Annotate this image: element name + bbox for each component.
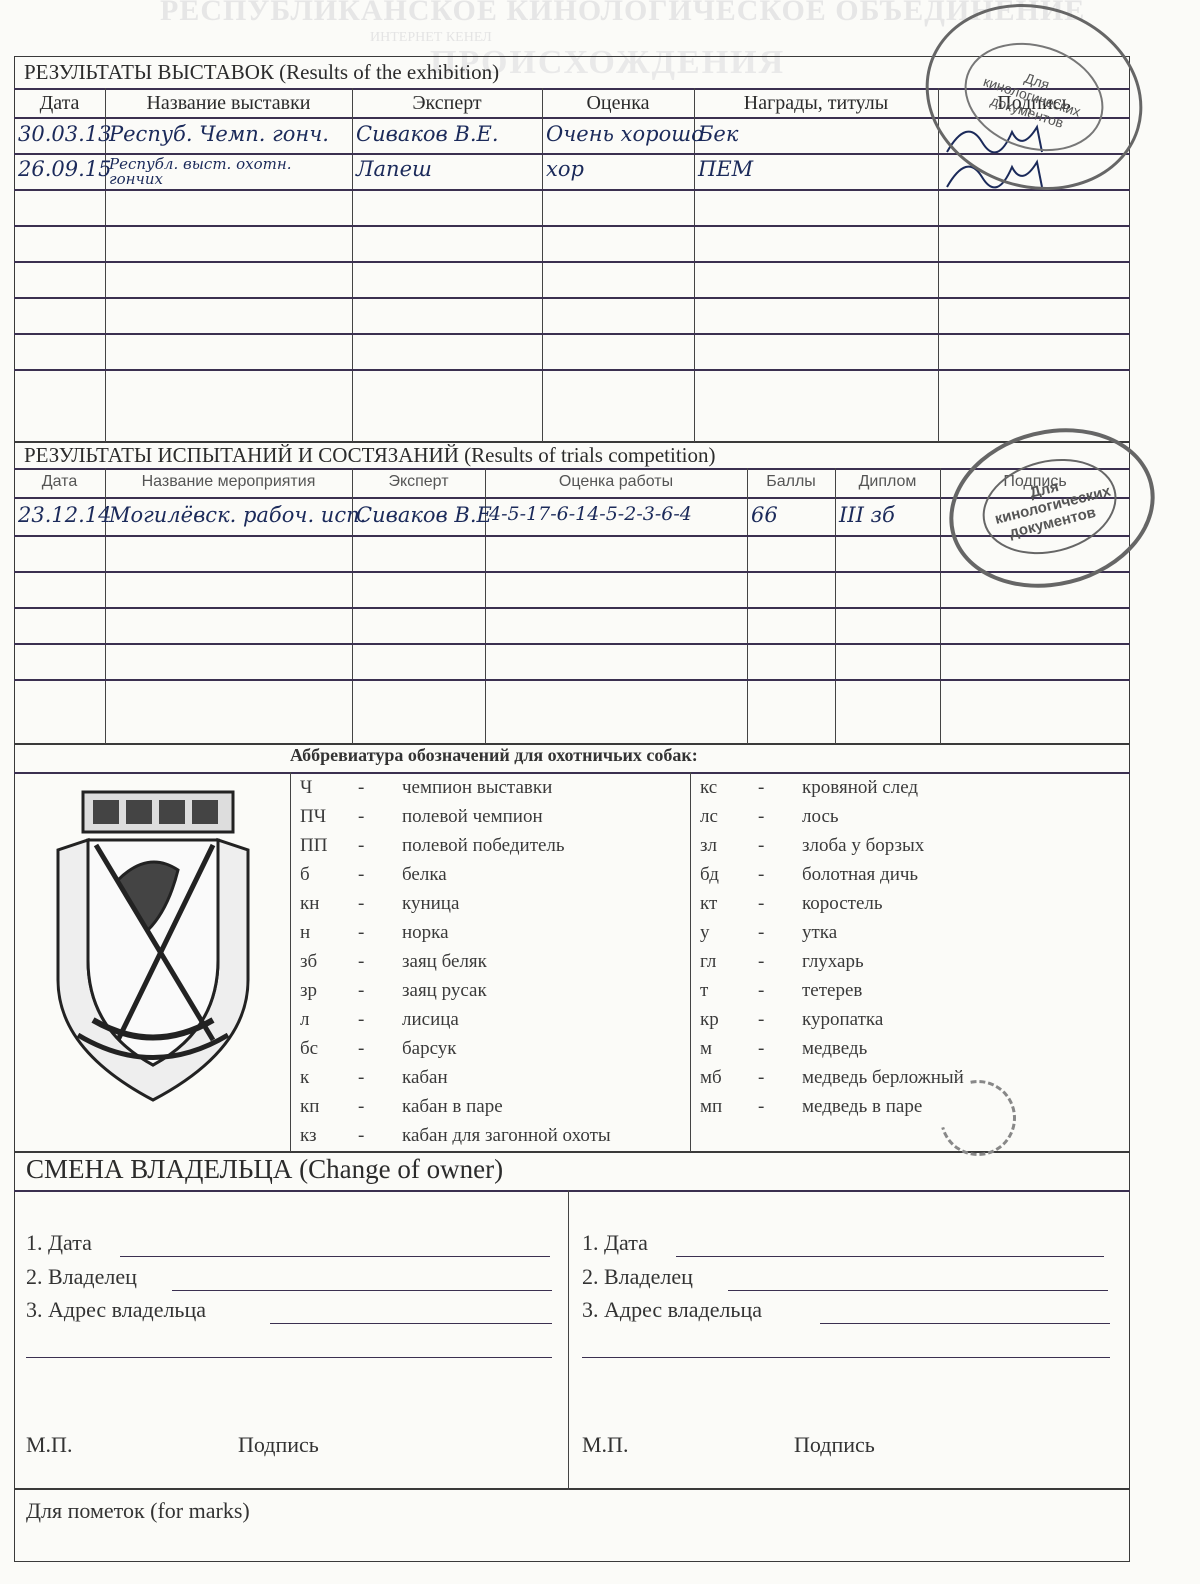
divider (14, 468, 1130, 470)
col-header-grade: Оценка (542, 92, 694, 115)
col-header-expert: Эксперт (352, 92, 542, 115)
abbreviation-meaning: кровяной след (802, 777, 918, 799)
cell-awards[interactable]: Бек (698, 122, 934, 146)
seal-label: М.П. (582, 1432, 628, 1458)
col-header-event-name: Название мероприятия (105, 473, 352, 491)
abbreviation-meaning: норка (402, 922, 449, 944)
cell-date[interactable]: 30.03.13 (18, 122, 101, 146)
abbreviation-code: к (300, 1067, 309, 1089)
abbreviation-code: у (700, 922, 710, 944)
abbreviation-meaning: куница (402, 893, 459, 915)
abbreviation-meaning: лисица (402, 1009, 459, 1031)
row-divider (14, 607, 1130, 609)
address-label: 3. Адрес владельца (582, 1297, 762, 1323)
abbreviation-meaning: злоба у борзых (802, 835, 924, 857)
abbreviation-meaning: кабан в паре (402, 1096, 503, 1118)
abbreviation-dash: - (758, 893, 764, 915)
abbreviation-dash: - (758, 980, 764, 1002)
abbreviation-dash: - (358, 1067, 364, 1089)
column-divider (938, 88, 939, 442)
owner-input[interactable] (172, 1290, 552, 1291)
abbreviation-meaning: кабан для загонной охоты (402, 1125, 611, 1147)
abbreviation-dash: - (758, 1067, 764, 1089)
col-header-awards: Награды, титулы (694, 92, 938, 115)
abbreviation-code: ПП (300, 835, 327, 857)
abbreviation-dash: - (358, 835, 364, 857)
abbreviation-meaning: медведь берложный (802, 1067, 964, 1089)
owner-label: 2. Владелец (582, 1264, 693, 1290)
cell-date[interactable]: 26.09.15 (18, 157, 101, 181)
abbreviation-code: бс (300, 1038, 318, 1060)
abbreviation-dash: - (358, 922, 364, 944)
abbreviation-dash: - (358, 864, 364, 886)
abbreviation-code: гл (700, 951, 716, 973)
column-divider (568, 1190, 569, 1490)
abbreviation-meaning: медведь (802, 1038, 867, 1060)
col-header-date: Дата (14, 92, 105, 115)
row-divider (14, 225, 1130, 227)
row-divider (14, 571, 1130, 573)
col-header-expert: Эксперт (352, 473, 485, 491)
row-divider (14, 333, 1130, 335)
row-divider (14, 369, 1130, 371)
abbreviation-code: ПЧ (300, 806, 326, 828)
abbreviation-meaning: тетерев (802, 980, 862, 1002)
abbreviation-code: Ч (300, 777, 312, 799)
abbreviation-dash: - (358, 951, 364, 973)
abbreviation-meaning: кабан (402, 1067, 448, 1089)
address-input[interactable] (270, 1323, 552, 1324)
signature-label: Подпись (794, 1432, 875, 1458)
abbreviation-dash: - (358, 1125, 364, 1147)
abbreviation-meaning: куропатка (802, 1009, 883, 1031)
address-input-line-2[interactable] (26, 1357, 552, 1358)
abbreviation-code: зл (700, 835, 717, 857)
col-header-work-grade: Оценка работы (485, 473, 747, 491)
row-divider (14, 297, 1130, 299)
column-divider (940, 468, 941, 744)
abbreviation-dash: - (758, 1096, 764, 1118)
abbreviation-dash: - (758, 835, 764, 857)
abbreviation-code: т (700, 980, 708, 1002)
abbreviation-code: кр (700, 1009, 719, 1031)
abbreviation-meaning: заяц беляк (402, 951, 487, 973)
cell-grade[interactable]: хор (546, 157, 690, 181)
row-divider (14, 679, 1130, 681)
exhibition-section-title: РЕЗУЛЬТАТЫ ВЫСТАВОК (Results of the exhi… (24, 60, 499, 85)
cell-name[interactable]: Могилёвск. рабоч. исп. (109, 503, 366, 527)
trials-section-title: РЕЗУЛЬТАТЫ ИСПЫТАНИЙ И СОСТЯЗАНИЙ (Resul… (24, 443, 716, 468)
col-header-points: Баллы (747, 473, 835, 491)
divider (14, 772, 1130, 774)
row-divider (14, 189, 1130, 191)
abbreviation-dash: - (758, 864, 764, 886)
abbreviation-code: кс (700, 777, 717, 799)
abbreviation-code: кз (300, 1125, 317, 1147)
abbreviation-dash: - (358, 777, 364, 799)
cell-date[interactable]: 23.12.14 (18, 503, 112, 527)
abbreviation-code: б (300, 864, 310, 886)
address-input[interactable] (820, 1323, 1110, 1324)
abbreviation-dash: - (358, 1009, 364, 1031)
column-divider (290, 772, 291, 1152)
abbreviation-meaning: глухарь (802, 951, 864, 973)
abbreviation-code: мб (700, 1067, 722, 1089)
abbreviation-meaning: белка (402, 864, 447, 886)
hunting-society-emblem-icon (38, 790, 268, 1110)
column-divider (747, 468, 748, 744)
marks-label: Для пометок (for marks) (26, 1498, 250, 1524)
date-label: 1. Дата (26, 1230, 92, 1256)
abbreviation-dash: - (358, 1096, 364, 1118)
cell-expert[interactable]: Сиваков В.Е (356, 503, 492, 527)
abbreviation-meaning: коростель (802, 893, 883, 915)
abbreviation-dash: - (358, 893, 364, 915)
cell-points[interactable]: 66 (751, 503, 778, 527)
cell-name[interactable]: Республ. выст. охотн. гончих (109, 157, 348, 187)
abbreviation-code: мп (700, 1096, 722, 1118)
column-divider (835, 468, 836, 744)
abbreviation-meaning: медведь в паре (802, 1096, 922, 1118)
abbreviation-meaning: чемпион выставки (402, 777, 552, 799)
cell-grade[interactable]: Очень хорошо (546, 122, 690, 146)
column-divider (542, 88, 543, 442)
column-divider (690, 772, 691, 1152)
abbreviation-code: м (700, 1038, 712, 1060)
abbreviation-dash: - (358, 806, 364, 828)
abbreviation-dash: - (758, 806, 764, 828)
row-divider (14, 261, 1130, 263)
row-divider (14, 643, 1130, 645)
abbreviation-dash: - (758, 922, 764, 944)
divider (14, 1190, 1130, 1192)
abbreviation-code: кт (700, 893, 717, 915)
abbreviation-meaning: барсук (402, 1038, 457, 1060)
col-header-exhibition-name: Название выставки (105, 92, 352, 115)
abbreviation-code: н (300, 922, 310, 944)
signature-label: Подпись (238, 1432, 319, 1458)
abbreviation-meaning: утка (802, 922, 837, 944)
abbreviation-code: кп (300, 1096, 319, 1118)
abbreviation-meaning: полевой чемпион (402, 806, 543, 828)
abbreviation-meaning: лось (802, 806, 839, 828)
date-label: 1. Дата (582, 1230, 648, 1256)
abbreviation-code: л (300, 1009, 309, 1031)
abbreviation-dash: - (758, 1038, 764, 1060)
owner-input[interactable] (728, 1290, 1108, 1291)
abbreviation-dash: - (358, 980, 364, 1002)
owner-label: 2. Владелец (26, 1264, 137, 1290)
abbreviation-dash: - (758, 777, 764, 799)
column-divider (352, 88, 353, 442)
abbreviation-dash: - (758, 951, 764, 973)
col-header-diploma: Диплом (835, 473, 940, 491)
abbreviation-dash: - (758, 1009, 764, 1031)
address-label: 3. Адрес владельца (26, 1297, 206, 1323)
abbreviation-code: зб (300, 951, 317, 973)
seal-label: М.П. (26, 1432, 72, 1458)
abbreviation-code: бд (700, 864, 719, 886)
abbreviation-meaning: заяц русак (402, 980, 487, 1002)
cell-expert[interactable]: Сиваков В.Е. (356, 122, 538, 146)
abbreviation-code: лс (700, 806, 718, 828)
abbreviations-title: Аббревиатура обозначений для охотничьих … (290, 745, 698, 766)
cell-diploma[interactable]: III зб (839, 503, 895, 527)
abbreviation-code: кн (300, 893, 319, 915)
abbreviation-meaning: полевой победитель (402, 835, 565, 857)
abbreviation-meaning: болотная дичь (802, 864, 918, 886)
abbreviation-dash: - (358, 1038, 364, 1060)
col-header-date: Дата (14, 473, 105, 491)
cell-expert[interactable]: Лапеш (356, 157, 538, 181)
date-input[interactable] (676, 1256, 1104, 1257)
cell-awards[interactable]: ПЕМ (698, 157, 934, 181)
date-input[interactable] (120, 1256, 550, 1257)
owner-change-title: СМЕНА ВЛАДЕЛЬЦА (Change of owner) (26, 1154, 503, 1185)
cell-work-grade[interactable]: 4-5-17-6-14-5-2-3-6-4 (489, 503, 692, 525)
abbreviation-code: зр (300, 980, 317, 1002)
address-input-line-2[interactable] (582, 1357, 1110, 1358)
cell-name[interactable]: Респуб. Чемп. гонч. (109, 122, 348, 146)
